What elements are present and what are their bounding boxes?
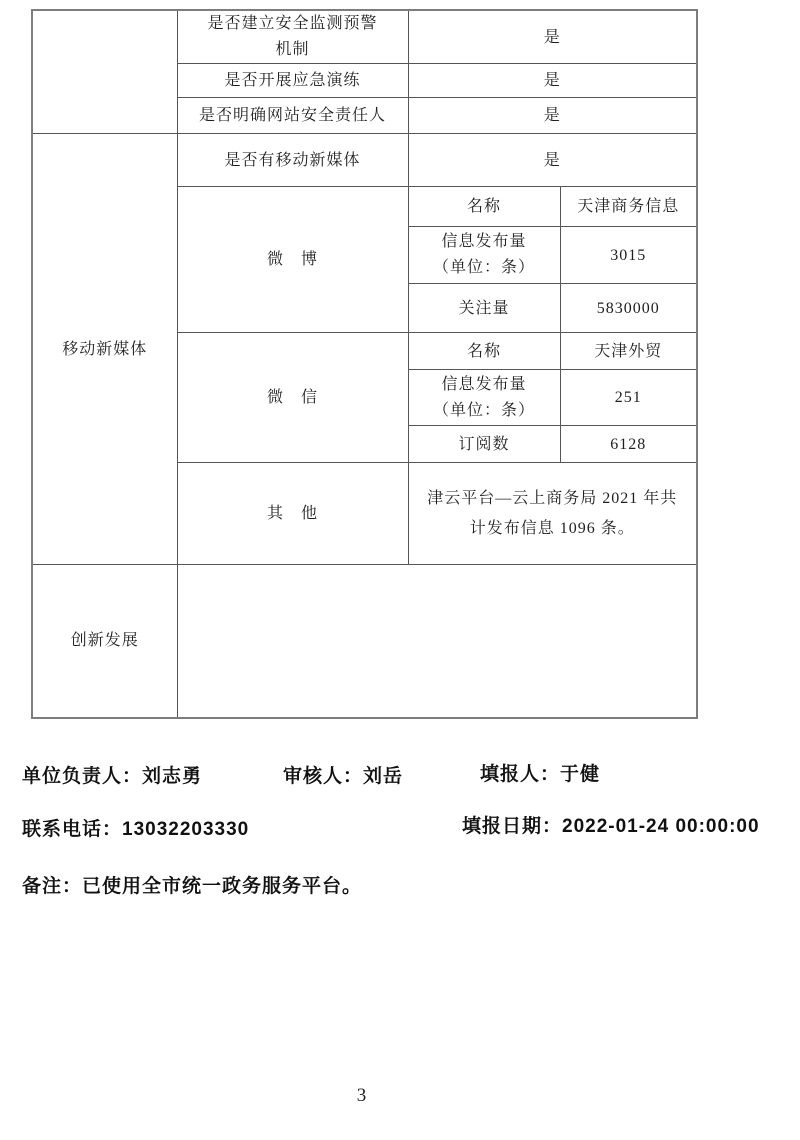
question-text-line2: 机制 xyxy=(178,37,408,63)
report-page: 是否建立安全监测预警 机制 是 是否开展应急演练 是 是否明确网站安全责任人 是… xyxy=(0,0,800,1140)
category-cell-empty xyxy=(32,10,177,134)
weibo-name-value-cell: 天津商务信息 xyxy=(560,187,697,227)
wechat-label-cell: 微 信 xyxy=(177,333,408,463)
question-cell-has-mobile-media: 是否有移动新媒体 xyxy=(177,134,408,187)
innovation-content-cell xyxy=(177,565,697,718)
weibo-publish-label-cell: 信息发布量 （单位：条） xyxy=(408,227,560,284)
report-table: 是否建立安全监测预警 机制 是 是否开展应急演练 是 是否明确网站安全责任人 是… xyxy=(31,9,698,719)
wechat-publish-value-cell: 251 xyxy=(560,370,697,426)
table-row: 是否建立安全监测预警 机制 是 xyxy=(32,10,697,64)
answer-cell-has-mobile-media: 是 xyxy=(408,134,697,187)
weibo-publish-label-line1: 信息发布量 xyxy=(409,229,560,255)
table-row: 创新发展 xyxy=(32,565,697,718)
weibo-label-cell: 微 博 xyxy=(177,187,408,333)
answer-cell-security-responsible: 是 xyxy=(408,98,697,134)
other-value-cell: 津云平台—云上商务局 2021 年共 计发布信息 1096 条。 xyxy=(408,463,697,565)
weibo-publish-value-cell: 3015 xyxy=(560,227,697,284)
other-value-line1: 津云平台—云上商务局 2021 年共 xyxy=(409,484,697,514)
other-label-cell: 其 他 xyxy=(177,463,408,565)
question-cell-monitor-warning: 是否建立安全监测预警 机制 xyxy=(177,10,408,64)
footer-responsible-person: 单位负责人：刘志勇 xyxy=(22,761,202,788)
footer-remark: 备注：已使用全市统一政务服务平台。 xyxy=(22,871,362,898)
question-text-line1: 是否建立安全监测预警 xyxy=(178,11,408,37)
wechat-publish-label-line2: （单位：条） xyxy=(409,398,560,424)
answer-cell-emergency-drill: 是 xyxy=(408,64,697,98)
category-cell-innovation: 创新发展 xyxy=(32,565,177,718)
wechat-name-value-cell: 天津外贸 xyxy=(560,333,697,370)
wechat-subscribe-label-cell: 订阅数 xyxy=(408,426,560,463)
category-cell-mobile-media: 移动新媒体 xyxy=(32,134,177,565)
question-cell-security-responsible: 是否明确网站安全责任人 xyxy=(177,98,408,134)
wechat-name-label-cell: 名称 xyxy=(408,333,560,370)
weibo-followers-value-cell: 5830000 xyxy=(560,284,697,333)
weibo-followers-label-cell: 关注量 xyxy=(408,284,560,333)
footer-fill-date: 填报日期：2022-01-24 00:00:00 xyxy=(462,811,760,838)
wechat-publish-label-line1: 信息发布量 xyxy=(409,372,560,398)
page-number: 3 xyxy=(0,1085,723,1107)
footer-reviewer: 审核人：刘岳 xyxy=(283,761,403,788)
wechat-subscribe-value-cell: 6128 xyxy=(560,426,697,463)
weibo-name-label-cell: 名称 xyxy=(408,187,560,227)
other-value-line2: 计发布信息 1096 条。 xyxy=(409,514,697,544)
question-cell-emergency-drill: 是否开展应急演练 xyxy=(177,64,408,98)
weibo-publish-label-line2: （单位：条） xyxy=(409,255,560,281)
footer-phone: 联系电话：13032203330 xyxy=(22,814,249,841)
footer-filler: 填报人：于健 xyxy=(480,759,600,786)
answer-cell-monitor-warning: 是 xyxy=(408,10,697,64)
wechat-publish-label-cell: 信息发布量 （单位：条） xyxy=(408,370,560,426)
table-row: 移动新媒体 是否有移动新媒体 是 xyxy=(32,134,697,187)
